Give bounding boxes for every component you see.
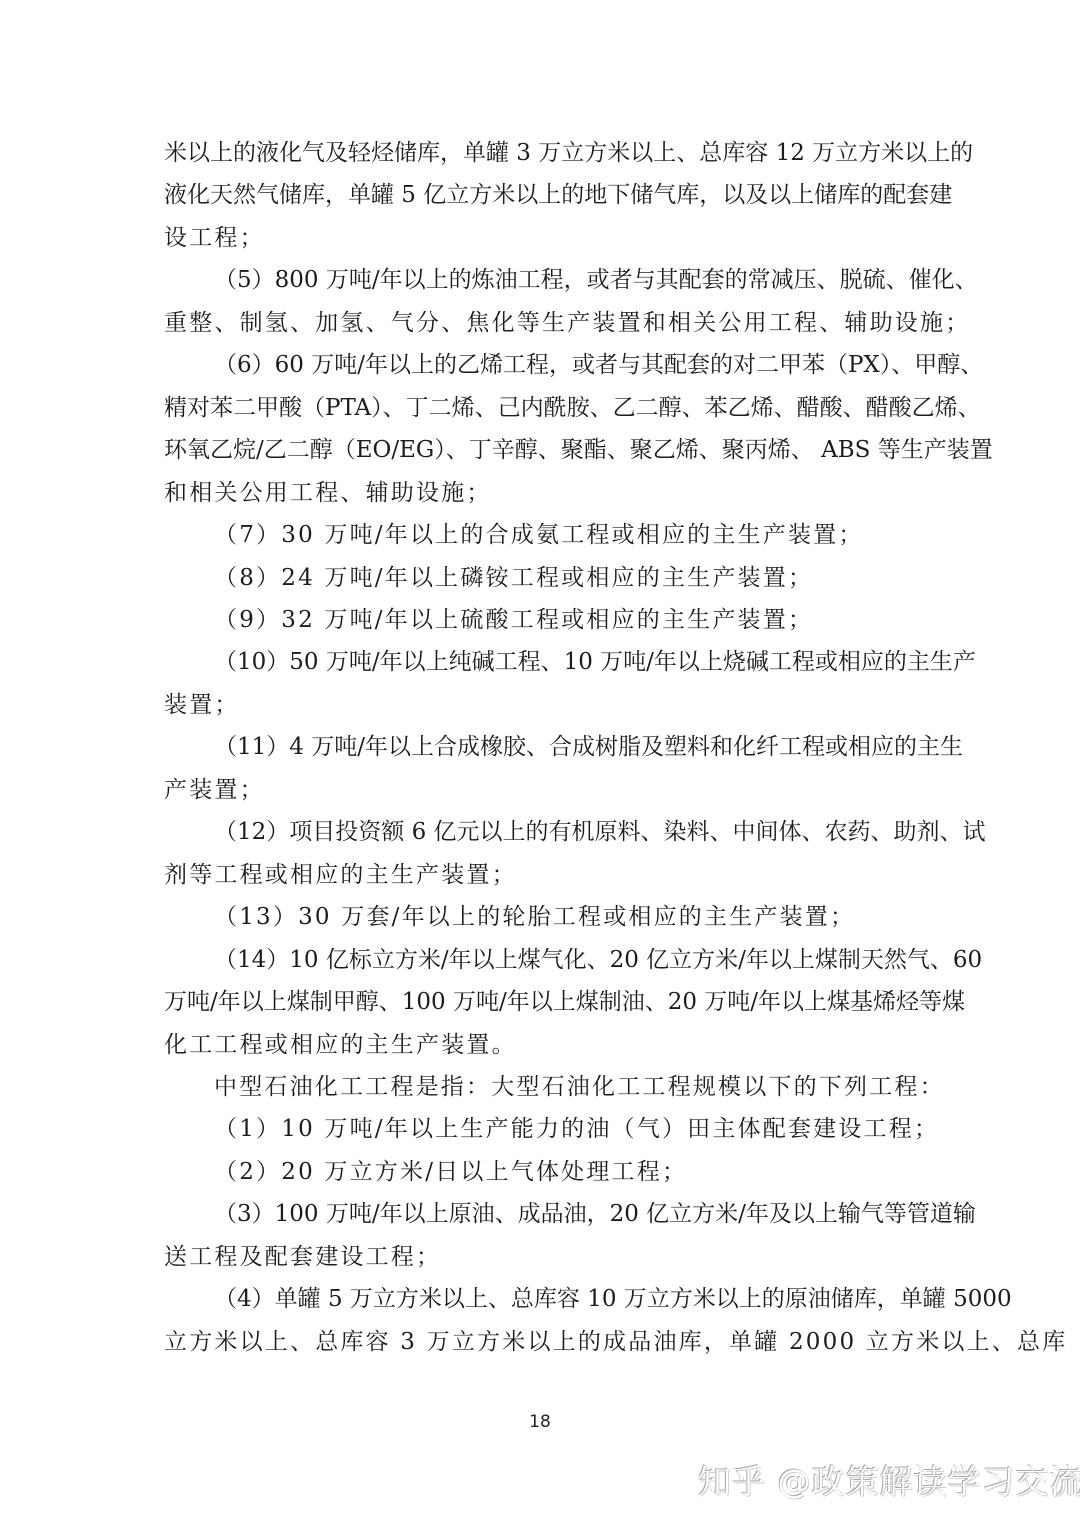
paragraph-item-11: （11）4 万吨/年以上合成橡胶、合成树脂及塑料和化纤工程或相应的主生产装置； — [164, 726, 920, 811]
text-line: （7）30 万吨/年以上的合成氨工程或相应的主生产装置； — [164, 514, 920, 556]
text-line: 液化天然气储库，单罐 5 亿立方米以上的地下储气库，以及以上储库的配套建 — [164, 174, 920, 216]
document-page: 米以上的液化气及轻烃储库，单罐 3 万立方米以上、总库容 12 万立方米以上的液… — [0, 0, 1080, 1527]
text-line: 重整、制氢、加氢、气分、焦化等生产装置和相关公用工程、辅助设施； — [164, 302, 920, 344]
text-line: （10）50 万吨/年以上纯碱工程、10 万吨/年以上烧碱工程或相应的主生产 — [164, 641, 920, 683]
text-line: 设工程； — [164, 217, 920, 259]
text-line: 精对苯二甲酸（PTA）、丁二烯、己内酰胺、乙二醇、苯乙烯、醋酸、醋酸乙烯、 — [164, 387, 920, 429]
text-line: 和相关公用工程、辅助设施； — [164, 472, 920, 514]
text-line: （9）32 万吨/年以上硫酸工程或相应的主生产装置； — [164, 599, 920, 641]
text-line: （5）800 万吨/年以上的炼油工程，或者与其配套的常减压、脱硫、催化、 — [164, 259, 920, 301]
text-line: （3）100 万吨/年以上原油、成品油，20 亿立方米/年及以上输气等管道输 — [164, 1193, 920, 1235]
text-line: （12）项目投资额 6 亿元以上的有机原料、染料、中间体、农药、助剂、试 — [164, 811, 920, 853]
text-line: 化工工程或相应的主生产装置。 — [164, 1024, 920, 1066]
text-line: （8）24 万吨/年以上磷铵工程或相应的主生产装置； — [164, 557, 920, 599]
paragraph-item-5: （5）800 万吨/年以上的炼油工程，或者与其配套的常减压、脱硫、催化、重整、制… — [164, 259, 920, 344]
text-line: （14）10 亿标立方米/年以上煤气化、20 亿立方米/年以上煤制天然气、60 — [164, 939, 920, 981]
text-line: 万吨/年以上煤制甲醇、100 万吨/年以上煤制油、20 万吨/年以上煤基烯烃等煤 — [164, 981, 920, 1023]
text-line: 立方米以上、总库容 3 万立方米以上的成品油库，单罐 2000 立方米以上、总库 — [164, 1321, 920, 1363]
paragraph-medium-item-3: （3）100 万吨/年以上原油、成品油，20 亿立方米/年及以上输气等管道输送工… — [164, 1193, 920, 1278]
paragraph-medium-item-4: （4）单罐 5 万立方米以上、总库容 10 万立方米以上的原油储库，单罐 500… — [164, 1278, 920, 1363]
paragraph-medium-item-2: （2）20 万立方米/日以上气体处理工程； — [164, 1151, 920, 1193]
paragraph-item-14: （14）10 亿标立方米/年以上煤气化、20 亿立方米/年以上煤制天然气、60万… — [164, 939, 920, 1066]
text-line: （11）4 万吨/年以上合成橡胶、合成树脂及塑料和化纤工程或相应的主生 — [164, 726, 920, 768]
text-line: （6）60 万吨/年以上的乙烯工程，或者与其配套的对二甲苯（PX）、甲醇、 — [164, 344, 920, 386]
paragraph-medium-definition: 中型石油化工工程是指：大型石油化工工程规模以下的下列工程： — [164, 1066, 920, 1108]
paragraph-storage-continued: 米以上的液化气及轻烃储库，单罐 3 万立方米以上、总库容 12 万立方米以上的液… — [164, 132, 920, 259]
document-body: 米以上的液化气及轻烃储库，单罐 3 万立方米以上、总库容 12 万立方米以上的液… — [164, 132, 920, 1363]
paragraph-item-10: （10）50 万吨/年以上纯碱工程、10 万吨/年以上烧碱工程或相应的主生产装置… — [164, 641, 920, 726]
text-line: 产装置； — [164, 769, 920, 811]
text-line: 剂等工程或相应的主生产装置； — [164, 854, 920, 896]
text-line: （1）10 万吨/年以上生产能力的油（气）田主体配套建设工程； — [164, 1108, 920, 1150]
paragraph-item-8: （8）24 万吨/年以上磷铵工程或相应的主生产装置； — [164, 557, 920, 599]
paragraph-item-7: （7）30 万吨/年以上的合成氨工程或相应的主生产装置； — [164, 514, 920, 556]
text-line: 送工程及配套建设工程； — [164, 1236, 920, 1278]
text-line: 环氧乙烷/乙二醇（EO/EG）、丁辛醇、聚酯、聚乙烯、聚丙烯、 ABS 等生产装… — [164, 429, 920, 471]
paragraph-medium-item-1: （1）10 万吨/年以上生产能力的油（气）田主体配套建设工程； — [164, 1108, 920, 1150]
text-line: 米以上的液化气及轻烃储库，单罐 3 万立方米以上、总库容 12 万立方米以上的 — [164, 132, 920, 174]
text-line: 中型石油化工工程是指：大型石油化工工程规模以下的下列工程： — [164, 1066, 920, 1108]
page-number: 18 — [520, 1412, 560, 1432]
paragraph-item-12: （12）项目投资额 6 亿元以上的有机原料、染料、中间体、农药、助剂、试剂等工程… — [164, 811, 920, 896]
text-line: （4）单罐 5 万立方米以上、总库容 10 万立方米以上的原油储库，单罐 500… — [164, 1278, 920, 1320]
paragraph-item-13: （13）30 万套/年以上的轮胎工程或相应的主生产装置； — [164, 896, 920, 938]
paragraph-item-9: （9）32 万吨/年以上硫酸工程或相应的主生产装置； — [164, 599, 920, 641]
text-line: 装置； — [164, 684, 920, 726]
zhihu-watermark: 知乎 @政策解读学习交流 — [698, 1456, 1080, 1503]
text-line: （13）30 万套/年以上的轮胎工程或相应的主生产装置； — [164, 896, 920, 938]
text-line: （2）20 万立方米/日以上气体处理工程； — [164, 1151, 920, 1193]
paragraph-item-6: （6）60 万吨/年以上的乙烯工程，或者与其配套的对二甲苯（PX）、甲醇、精对苯… — [164, 344, 920, 514]
